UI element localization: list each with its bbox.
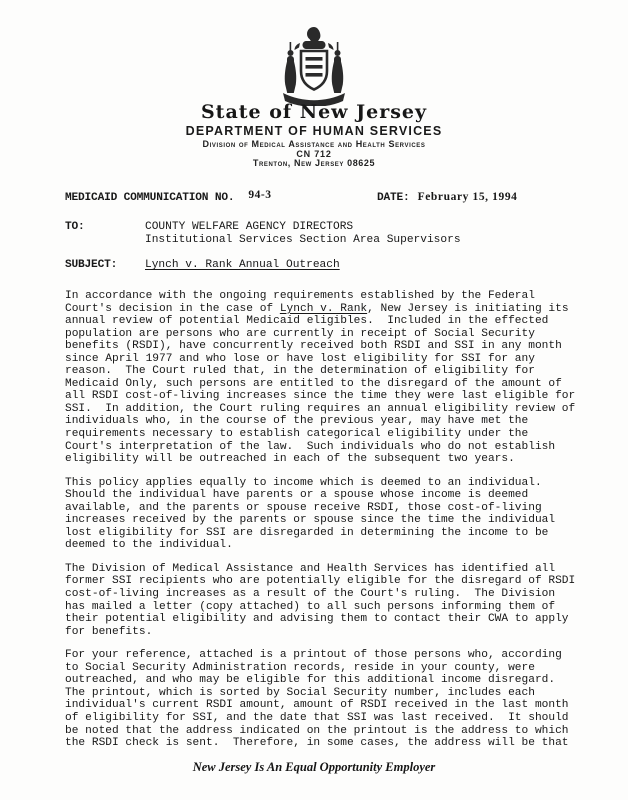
nj-coat-of-arms-icon — [277, 26, 351, 106]
footer-text: New Jersey Is An Equal Opportunity Emplo… — [0, 760, 628, 775]
communication-number-label: MEDICAID COMMUNICATION NO. — [65, 192, 234, 204]
to-row: TO: COUNTY WELFARE AGENCY DIRECTORS Inst… — [65, 221, 585, 246]
subject-label: SUBJECT: — [65, 259, 145, 271]
division-name: Division of Medical Assistance and Healt… — [0, 139, 628, 149]
body-paragraph-3: The Division of Medical Assistance and H… — [65, 563, 587, 638]
to-recipients: COUNTY WELFARE AGENCY DIRECTORS Institut… — [145, 221, 461, 246]
to-label: TO: — [65, 221, 145, 246]
body-paragraph-2: This policy applies equally to income wh… — [65, 477, 587, 552]
body-paragraph-4: For your reference, attached is a printo… — [65, 649, 587, 749]
address-city: Trenton, New Jersey 08625 — [0, 158, 628, 168]
meta-row: MEDICAID COMMUNICATION NO.94-3 DATE:Febr… — [65, 191, 585, 204]
department-name: DEPARTMENT OF HUMAN SERVICES — [0, 124, 628, 138]
letter-body: In accordance with the ongoing requireme… — [65, 290, 587, 761]
body-paragraph-1: In accordance with the ongoing requireme… — [65, 290, 587, 466]
date-group: DATE:February 15, 1994 — [377, 191, 518, 204]
date-value: February 15, 1994 — [418, 191, 518, 203]
state-name: State of New Jersey — [0, 101, 628, 123]
date-label: DATE: — [377, 192, 410, 204]
document-page: State of New Jersey DEPARTMENT OF HUMAN … — [0, 0, 628, 800]
subject-value: Lynch v. Rank Annual Outreach — [145, 259, 340, 271]
subject-row: SUBJECT: Lynch v. Rank Annual Outreach — [65, 259, 585, 271]
communication-number-value: 94-3 — [248, 189, 271, 201]
